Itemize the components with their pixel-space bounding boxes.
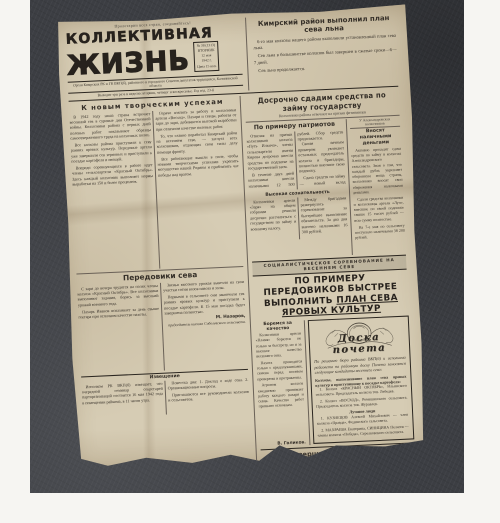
lead-body: 6-го мая колхозы нашего района выполнили… [253,33,398,76]
grain-col1: Колхозы Быковского сельсовета, широко ра… [261,459,337,500]
front-runners-col2: Звенья высокого урожая вывезли на свои у… [163,279,245,316]
paragraph: Пахарь Иванов вспахивает за день свыше г… [78,305,159,319]
honor-board-people: 1. КУЗНЕЦОВ Алексей Михайлович — член ко… [317,413,409,439]
grain-article: Завершили сев зерновых Колхозы Быковског… [261,442,417,500]
photo-background: Пролетарии всех стран, соединяйтесь! КОЛ… [30,0,464,493]
paragraph: Активно проходит сдача средств по займу … [351,146,403,196]
honor-board-title: Доска почета [313,331,405,357]
paragraph: В результате дружной и слаженной работы … [262,482,337,500]
creative-col1: В 1942 году наша страна встречает весенн… [69,111,153,188]
cash-body: Активно проходит сдача средств по займу … [351,146,406,254]
left-section: К новым творческим успехам В 1942 году н… [69,95,259,500]
paragraph: Пахота проводится только с предплужникам… [257,359,303,382]
paragraph: Горячо взялись за работу и колхозники ар… [155,107,237,132]
right-section: Досрочно сдадим средства по займу госуда… [240,88,416,500]
paragraph: Агроном колхоза ежедневно принимает рабо… [258,382,305,410]
paragraph: Колхозники артели «Пламя» борются не тол… [255,331,302,359]
paragraph: Своим личным примером увлекают остальных… [298,140,345,174]
paragraph: То, что славно поработал Кимрский район … [156,130,238,155]
creative-body: В 1942 году наша страна встречает весенн… [69,107,243,272]
patriots-body: Отвечая на призыв колхозников колхоза «П… [246,129,346,191]
paragraph: Все колхозы района приступили к севу ран… [70,139,152,164]
grain-body: Колхозы Быковского сельсовета, широко ра… [261,455,417,500]
masthead-title-line2: ЖИЗНЬ [66,48,190,79]
competition-headline: ПО ПРИМЕРУ ПЕРЕДОВИКОВ БЫСТРЕЕ ВЫПОЛНИТЬ… [253,271,409,320]
issue-info-box: № 38 (1313) ВТОРНИК 12 мая 1942 г. Цена … [193,41,220,71]
paragraph: Сдали средства колхозники и колхозницы а… [353,195,404,224]
paragraph: Приглашаются все руководители колхозов и… [168,389,249,403]
paragraph: Впереди соревнующихся в работе идут член… [72,162,154,187]
patriots-sub-col2: Между бригадами развернулось соревновани… [300,195,348,235]
paragraph: В 1942 году наша страна встречает весенн… [69,111,151,142]
issue-price: Цена 15 коп. [197,63,216,69]
quality-body: Колхозники артели «Пламя» борются не тол… [255,331,305,441]
quality-article: Боремся за качество Колхозники артели «П… [255,320,310,447]
patriots-sub-body: Колхозники артели «Заря» на общем собран… [249,195,348,241]
notice-section: Извещение Исполком РК ВКП(б) извещает, ч… [81,368,250,418]
grain-col2: Сейчас колхозники заняты севом льна и бо… [341,455,417,481]
patriots-sub-col1: Колхозники артели «Заря» на общем собран… [249,197,296,231]
honor-board-intro: По решению бюро райкома ВКП(б) и исполко… [314,355,406,376]
patriots-article: По примеру патриотов Отвечая на призыв к… [246,119,353,260]
notice-col2: Повестка дня: 1. Доклад о ходе сева. 2. … [167,376,249,403]
honor-board: Доска почета По решению бюро райкома ВКП… [304,316,414,446]
paragraph: Первыми в сельсовете они закончили сев р… [163,291,245,316]
front-runners-body: С зари до вечера трудятся на полях члены… [77,279,248,374]
grain-headline: Завершили сев зерновых [261,445,415,460]
notice-col1: Исполком РК ВКП(б) извещает, что очередн… [81,380,163,405]
paragraph: На 7-е мая по сельсовету поступило налич… [355,223,406,241]
paragraph: Между бригадами развернулось соревновани… [300,195,348,235]
quality-subhead: Боремся за качество [255,320,301,332]
honor-board-engraving: Доска почета [312,319,405,357]
paragraph: Колхозники артели «Заря» на общем собран… [249,197,296,231]
grain-signature: А. Галкин, [342,480,417,489]
quality-signature: В. Голиков. [260,440,306,447]
newspaper-page: Пролетарии всех стран, соединяйтесь! КОЛ… [56,4,428,472]
paragraph: С зари до вечера трудятся на полях члены… [77,282,159,307]
front-runners-col1: С зари до вечера трудятся на полях члены… [77,282,159,319]
paragraph: Сейчас колхозники заняты севом льна и бо… [341,455,416,469]
paragraph: В ближайшие дни колхозы приступят к поса… [341,468,416,482]
paragraph: Отвечая на призыв колхозников колхоза «П… [246,131,294,171]
cash-dateline: У Александровских колхозников [350,116,400,128]
creative-col2: Горячо взялись за работу и колхозники ар… [155,107,239,178]
paragraph: 2. МАХРАЕВА Екатерина, СИНИЦИНА Пелагея … [317,425,409,439]
paragraph: Все работающие вышли в поле, чтобы новым… [157,153,239,178]
paragraph: Исполком РК ВКП(б) извещает, что очередн… [81,380,163,405]
masthead: Пролетарии всех стран, соединяйтесь! КОЛ… [65,18,248,99]
newspaper-header: Пролетарии всех стран, соединяйтесь! КОЛ… [65,11,398,101]
lead-article: Кимрский район выполнил план сева льна 6… [245,11,398,90]
cash-headline: Вносят наличными деньгами [350,128,401,148]
paragraph: Колхозы Быковского сельсовета, широко ра… [261,459,336,484]
honor-board-items: 1. Колхоз «КРАСНЫЙ ОКТЯБРЬ», Ильинского … [315,384,407,410]
notice-body: Исполком РК ВКП(б) извещает, что очередн… [81,376,249,418]
cash-article: У Александровских колхозников Вносят нал… [347,116,406,255]
